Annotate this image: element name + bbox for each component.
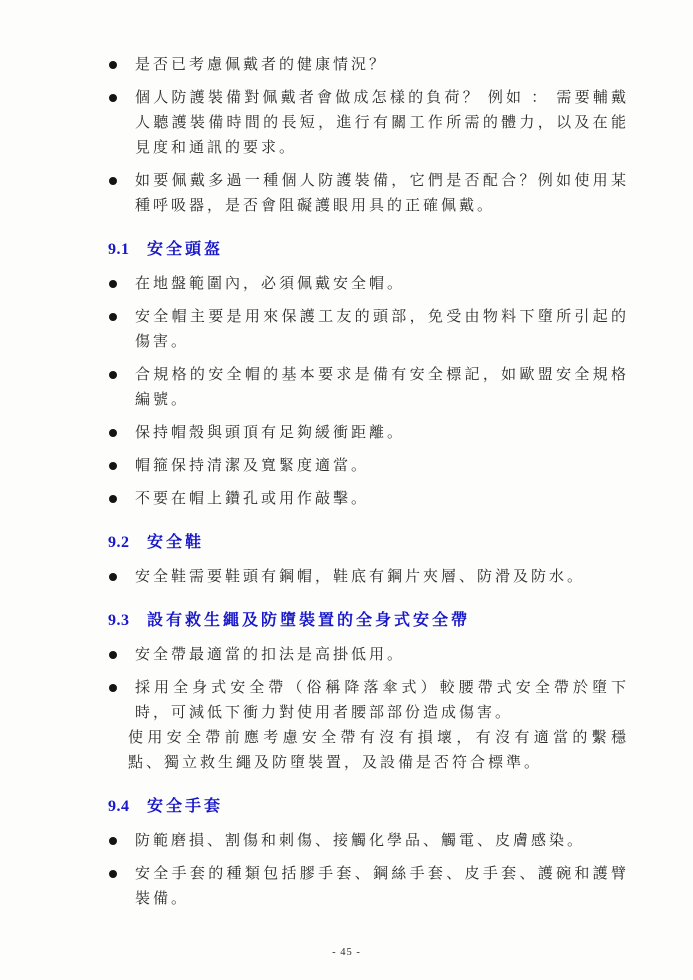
- list-item: 合規格的安全帽的基本要求是備有安全標記，如歐盟安全規格編號。: [108, 363, 629, 413]
- section-title: 安全鞋: [147, 530, 204, 555]
- section-number: 9.3: [108, 608, 147, 633]
- section-heading-9-4: 9.4 安全手套: [108, 794, 629, 819]
- section-9-2-bullet-list: 安全鞋需要鞋頭有鋼帽，鞋底有鋼片夾層、防滑及防水。: [108, 565, 629, 590]
- list-item: 防範磨損、割傷和刺傷、接觸化學品、觸電、皮膚感染。: [108, 829, 629, 854]
- bullet-text: 安全手套的種類包括膠手套、鋼絲手套、皮手套、護碗和護臂裝備。: [135, 866, 629, 907]
- bullet-icon: [109, 651, 117, 659]
- list-item: 採用全身式安全帶（俗稱降落傘式）較腰帶式安全帶於墮下時，可減低下衝力對使用者腰部…: [108, 676, 629, 776]
- bullet-text: 不要在帽上鑽孔或用作敲擊。: [135, 491, 369, 507]
- bullet-text: 採用全身式安全帶（俗稱降落傘式）較腰帶式安全帶於墮下時，可減低下衝力對使用者腰部…: [135, 676, 629, 726]
- bullet-icon: [109, 313, 117, 321]
- section-title: 設有救生繩及防墮裝置的全身式安全帶: [147, 608, 470, 633]
- list-item: 個人防護裝備對佩戴者會做成怎樣的負荷？ 例如 ： 需要輔戴人聽護裝備時間的長短，…: [108, 86, 629, 161]
- bullet-icon: [109, 684, 117, 692]
- bullet-icon: [109, 870, 117, 878]
- list-item: 不要在帽上鑽孔或用作敲擊。: [108, 487, 629, 512]
- section-number: 9.1: [108, 237, 147, 262]
- section-heading-9-1: 9.1 安全頭盔: [108, 237, 629, 262]
- bullet-icon: [109, 280, 117, 288]
- list-item: 安全帽主要是用來保護工友的頭部，免受由物料下墮所引起的傷害。: [108, 305, 629, 355]
- bullet-text: 如要佩戴多過一種個人防護裝備，它們是否配合？例如使用某種呼吸器，是否會阻礙護眼用…: [135, 173, 629, 214]
- bullet-text: 防範磨損、割傷和刺傷、接觸化學品、觸電、皮膚感染。: [135, 833, 585, 849]
- list-item: 安全手套的種類包括膠手套、鋼絲手套、皮手套、護碗和護臂裝備。: [108, 862, 629, 912]
- bullet-icon: [109, 573, 117, 581]
- bullet-text: 安全鞋需要鞋頭有鋼帽，鞋底有鋼片夾層、防滑及防水。: [135, 569, 585, 585]
- list-item: 在地盤範圍內，必須佩戴安全帽。: [108, 272, 629, 297]
- bullet-icon: [109, 495, 117, 503]
- list-item: 保持帽殼與頭頂有足夠緩衝距離。: [108, 421, 629, 446]
- bullet-icon: [109, 371, 117, 379]
- section-number: 9.4: [108, 794, 147, 819]
- list-item: 安全帶最適當的扣法是高掛低用。: [108, 643, 629, 668]
- bullet-text: 合規格的安全帽的基本要求是備有安全標記，如歐盟安全規格編號。: [135, 367, 629, 408]
- bullet-icon: [109, 462, 117, 470]
- intro-bullet-list: 是否已考慮佩戴者的健康情況？ 個人防護裝備對佩戴者會做成怎樣的負荷？ 例如 ： …: [108, 53, 629, 219]
- bullet-icon: [109, 837, 117, 845]
- section-9-3-bullet-list: 安全帶最適當的扣法是高掛低用。 採用全身式安全帶（俗稱降落傘式）較腰帶式安全帶於…: [108, 643, 629, 776]
- bullet-text: 個人防護裝備對佩戴者會做成怎樣的負荷？ 例如 ： 需要輔戴人聽護裝備時間的長短，…: [135, 90, 629, 156]
- bullet-text: 安全帶最適當的扣法是高掛低用。: [135, 647, 405, 663]
- list-item: 帽箍保持清潔及寬緊度適當。: [108, 454, 629, 479]
- bullet-icon: [109, 429, 117, 437]
- section-heading-9-2: 9.2 安全鞋: [108, 530, 629, 555]
- section-title: 安全手套: [147, 794, 223, 819]
- section-number: 9.2: [108, 530, 147, 555]
- list-item: 安全鞋需要鞋頭有鋼帽，鞋底有鋼片夾層、防滑及防水。: [108, 565, 629, 590]
- list-item: 如要佩戴多過一種個人防護裝備，它們是否配合？例如使用某種呼吸器，是否會阻礙護眼用…: [108, 169, 629, 219]
- bullet-icon: [109, 61, 117, 69]
- bullet-text: 在地盤範圍內，必須佩戴安全帽。: [135, 276, 405, 292]
- bullet-text: 帽箍保持清潔及寬緊度適當。: [135, 458, 369, 474]
- section-heading-9-3: 9.3 設有救生繩及防墮裝置的全身式安全帶: [108, 608, 629, 633]
- bullet-text: 保持帽殼與頭頂有足夠緩衝距離。: [135, 425, 405, 441]
- bullet-text: 安全帽主要是用來保護工友的頭部，免受由物料下墮所引起的傷害。: [135, 309, 629, 350]
- bullet-icon: [109, 177, 117, 185]
- list-item: 是否已考慮佩戴者的健康情況？: [108, 53, 629, 78]
- section-title: 安全頭盔: [147, 237, 223, 262]
- page-number: - 45 -: [0, 947, 693, 958]
- bullet-text-continued: 使用安全帶前應考慮安全帶有沒有損壞，有沒有適當的繫穩點、獨立救生繩及防墮裝置，及…: [128, 726, 629, 776]
- document-page: 是否已考慮佩戴者的健康情況？ 個人防護裝備對佩戴者會做成怎樣的負荷？ 例如 ： …: [0, 0, 693, 980]
- bullet-text: 是否已考慮佩戴者的健康情況？: [135, 57, 387, 73]
- section-9-4-bullet-list: 防範磨損、割傷和刺傷、接觸化學品、觸電、皮膚感染。 安全手套的種類包括膠手套、鋼…: [108, 829, 629, 912]
- bullet-icon: [109, 94, 117, 102]
- section-9-1-bullet-list: 在地盤範圍內，必須佩戴安全帽。 安全帽主要是用來保護工友的頭部，免受由物料下墮所…: [108, 272, 629, 512]
